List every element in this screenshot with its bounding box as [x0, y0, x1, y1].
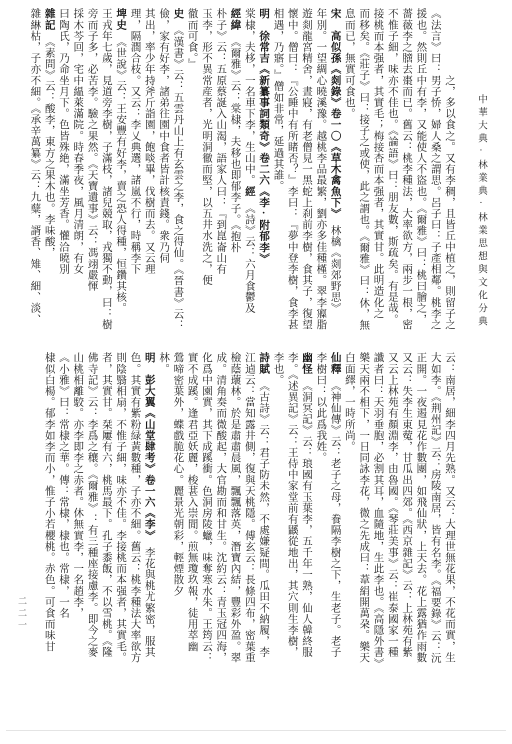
text-column: 李。《述異記》云：王侍中家堂前有鼷從地出，其穴則生李樹，花實俱好，此原精 — [284, 352, 298, 664]
column-text: 李樹曰：以此爲我姓。 — [315, 352, 326, 463]
top-register: 之，多以食之。又有李稠，且皆丘中植之，則留子之詩修矣。此人之所以思之。《法言》曰… — [26, 8, 456, 334]
category-or-title-marker: 明 彭大翼《山堂肆考》卷一六《李》 — [144, 352, 155, 535]
column-text: 息而已，無實可食也。 — [344, 8, 355, 119]
text-column: 棠棣，夫栘，一名車下李，生山中。經 《詩》云：六月食鬱及薁。 — [242, 8, 256, 334]
column-text: 旁而子多，必苦李。驗之果然。《天寶遺事》云：馮翊嚴惲 — [87, 8, 98, 291]
category-or-title-marker: 仙釋 — [330, 352, 341, 374]
text-column: 又云上林苑有顏淵李，由魯國。《琴莊美事》云：崔泰國家一種李，肉厚而無核。 — [385, 352, 399, 664]
column-text: 王戎年七歲，見道旁李樹，子滿枝，諸兒競取，戎獨不動，曰：樹在道 — [99, 8, 112, 330]
text-column: 佛寺記》云：李爲之穰。《爾雅》：有三種座接慮李。即今之麥李，興 — [84, 352, 98, 664]
text-column: 李也。 — [270, 352, 284, 664]
text-column: 檢蔭蘾林。於是肅肅晨風，飄飄落英，潛寶內結，豐彩外盈。翠質未變，形隨運 — [227, 352, 241, 664]
text-column: 理，隔潤合枝。又云：李乂典選，諸嵐不行，時稱李下 — [127, 8, 141, 334]
text-column: 雜記 《素問》云：酸李，東方之果木也。李味酸， — [41, 8, 55, 334]
column-text: 《洞冥記》云：琅國有玉葉李，五千年一熟，仙人韓終服之。一名韓終 — [299, 352, 312, 658]
text-column: 明 彭大翼《山堂肆考》卷一六《李》 李花與桃尤繁密，服其花，令人好 — [141, 352, 155, 664]
text-column: 實不成蹊。逢君亞妖麗，梭葚入崇閒。煎無瓊玖報，徒用萃幽棲。唐太宗云： — [184, 352, 198, 664]
column-text: 云：南居，細李四月先熟。又云：大理世無花果，不花而實，生於枝葉之間，其 — [442, 352, 455, 663]
column-text: 接桃而本强者，其實毛；梅接杏而本强者，其實甘。此明造化之權，有以知巧 — [370, 8, 383, 319]
text-column: 李樹曰：以此爲我姓。 — [313, 352, 327, 664]
column-text: 《小雅》曰：常棣之華。傳：常棣，棣也。常棣，一名 — [58, 352, 69, 618]
text-column: 江逌云：當知露井側，復與天桃隱。傅玄云：長條四布，密葉重陰，夕景迴光 — [242, 352, 256, 664]
category-or-title-marker: 詩賦 — [258, 352, 269, 374]
column-text: 江逌云：當知露井側，復與天桃隱。傅玄云：長條四布，密葉重陰，夕景迴光 — [242, 352, 255, 663]
text-column: 《法言》曰：男子㤭，婦人桑之謂思。呂子曰：子產相鄰。桃李之垂於術者，莫之 — [427, 8, 441, 334]
text-column: 林。 — [156, 352, 170, 664]
text-column: 曰陶氏，乃命坐月下。色皆殊絶，滿坐芳香。懽洽曉別 — [56, 8, 70, 334]
column-text: 鶯啼密葉外，蝶戲脆花心。麗景光朝彩，輕煙散夕 — [172, 352, 183, 596]
text-column: 援也。然則丘中有李，又能使人不盜也。《爾雅》曰：桃曰膾之，夒李曰棄之。 — [413, 8, 427, 334]
category-or-title-marker: 幽怪 — [301, 352, 312, 374]
text-column: 遊剡龍宮精舍，晝寢，有老僧見一黑蛇上刹前李樹，食其子，復望東序而去，入紳 — [299, 8, 313, 334]
text-column: 埤史 《世說》云：王安豐有好李，賣之恐人得種，恒鑽其核。 — [113, 8, 127, 334]
text-column: 相遇，乃寤。』僧如非常，延過其誰。 — [270, 8, 284, 334]
category-or-title-marker: 明 徐常吉《新纂事詞類奇》卷二六《李·附郁李》 — [258, 8, 269, 264]
column-text: 《世說》云：王安豐有好李，賣之恐人得種，恒鑽其核。 — [115, 30, 126, 313]
column-text: 之，多以食之。又有李稠，且皆丘中植之，則留子之詩修矣。此人之所以思之。 — [442, 8, 455, 330]
text-column: 又云：失李生東蒬，甘瓜出四郊。《西京雜記》云：上林苑有紫李、青李、綺李。 — [399, 352, 413, 664]
text-column: 息而已，無實可食也。 — [342, 8, 356, 334]
column-text: 則陰翳相扇，不惟子細，味亦不佳。李接桃而本强者，其實毛。梅接杏而本强 — [113, 352, 126, 663]
column-text: 徹而可食。』 — [187, 8, 198, 69]
column-text: 年別。一望綢心曉溪豫。越桃李品最繁，劉亦多佳種槿。翠李寱脂桃最高。李紳 — [313, 8, 326, 330]
text-column: 朴子》云：五原蔡誕入山渴，語家人曰：『到崑崙山有 — [213, 8, 227, 334]
column-text: 《素問》云：酸李，東方之果木也。李味酸， — [44, 30, 55, 258]
column-text: 朴子》云：五原蔡誕入山渴，語家人曰：『到崑崙山有 — [215, 8, 226, 274]
column-text: 正開。一夜遏見花作數團，如飛仙狀，上天去。花上露猶作雨數千點，花則亡矣。 — [413, 352, 426, 663]
column-text: 林。 — [158, 352, 169, 374]
column-text: 樂天兩不相下，一日同詠李花，微之先成曰：葦絹開萬朶。樂天乃服。蓋葦絹 — [356, 352, 369, 663]
scanned-page: 之，多以食之。又有李稠，且皆丘中植之，則留子之詩修矣。此人之所以思之。《法言》曰… — [0, 0, 512, 744]
text-column: 云：南居，細李四月先熟。又云：大理世無花果，不花而實，生於枝葉之間，其 — [442, 352, 456, 664]
text-column: 宋 高似孫《剡錄》卷一〇《草木禽魚下》 林檎《剡郊野思》詩。故園桃李經 — [327, 8, 341, 334]
column-text: 讖者曰：天羽垂胞，必割其耳，血隨地，生此李也。《高隱外書》云：元微之、白 — [370, 352, 383, 663]
column-text: 採木芩回，宅中緼萊滿院。時春季夜，風月清朗，有女 — [72, 8, 83, 274]
category-or-title-marker: 埤史 — [115, 8, 126, 30]
text-column: 明 徐常吉《新纂事詞類奇》卷二六《李·附郁李》 — [256, 8, 270, 334]
category-or-title-marker: 史 — [172, 8, 183, 19]
column-text: 其出，率少年持斧斤詣園，飽啖畢，伐樹而去。又云理 — [144, 8, 155, 274]
page-number: 二二一 — [16, 596, 29, 632]
text-column: 仙釋 《神仙傳》云：老子之母，飬隔李樹之下，生老子。老子生而能言，指 — [327, 352, 341, 664]
text-column: 色。其實有紫粉緑黃數種，子亦不細。舊云：桃李種法大率欲方兩步一根，密 — [127, 352, 141, 664]
column-text: 《神仙傳》云：老子之母，飬隔李樹之下，生老子。老子生而能言，指 — [327, 352, 340, 658]
column-text: 曰陶氏，乃命坐月下。色皆殊絶，滿坐芳香。懽洽曉別 — [58, 8, 69, 274]
column-text: 儉，家有好李，諸弟往園中食者皆計核責錢。衆乃伺 — [158, 8, 169, 263]
category-or-title-marker: 宋 高似孫《剡錄》卷一〇《草木禽魚下》 — [330, 8, 341, 214]
column-text: 棣似白楊。郁李如李而小，惟子小若櫻桃。赤色。可食而味甘 — [44, 352, 55, 652]
column-text: 化爲中園實，其下成蹊衝。色洞房陵蠟，味奪寒水朱。王筠云：李萃春發彩，結 — [199, 352, 212, 663]
collection-title: 中華大典·林業典·林業思想與文化分典 — [474, 94, 488, 329]
column-text: 不惟子細，味亦不佳也。《論語》曰：朋友數，斯疏矣。有是哉。《化書》曰：李 — [385, 8, 398, 325]
text-column: 年別。一望綢心曉溪豫。越桃李品最繁，劉亦多佳種槿。翠李寱脂桃最高。李紳 — [313, 8, 327, 334]
scan-edge-line — [6, 730, 506, 731]
column-text: 又云上林苑有顏淵李，由魯國。《琴莊美事》云：崔泰國家一種李，肉厚而無核。 — [385, 352, 398, 658]
text-column: 懷中。僧曰：『公睡中有所睹否？』李曰：『夢中登李樹，食李甚美。似有一僧 — [284, 8, 298, 334]
text-column: 而移矣。《莊子》曰：接子之或使，此之謂也。《爾雅》曰：休，無實李。言可休 — [356, 8, 370, 334]
column-text: 山桃相離駮。亦李即李之赤者。休無實李，一名趙李， — [72, 352, 83, 618]
text-column: 正開。一夜遏見花作數團，如飛仙狀，上天去。花上露猶作雨數千點，花則亡矣。 — [413, 352, 427, 664]
column-text: 棠棣，夫栘，一名車下李，生山中。 — [244, 8, 255, 186]
column-text: 李。《述異記》云：王侍中家堂前有鼷從地出，其穴則生李樹，花實俱好，此原精 — [284, 352, 297, 658]
text-column: 之，多以食之。又有李稠，且皆丘中植之，則留子之詩修矣。此人之所以思之。 — [442, 8, 456, 334]
category-or-title-marker: 經緯 — [230, 8, 241, 30]
column-text: 者，其實甘。栞屢有六，桃馬最下。孔子黍飯，不以雪桃。《隆興 — [99, 352, 112, 658]
column-text: 而移矣。《莊子》曰：接子之或使，此之謂也。《爾雅》曰：休，無實李。言可休 — [356, 8, 369, 331]
text-column: 儉，家有好李，諸弟往園中食者皆計核責錢。衆乃伺 — [156, 8, 170, 334]
text-column: 其出，率少年持斧斤詣園，飽啖畢，伐樹而去。又云理 — [141, 8, 155, 334]
text-column: 雜綝枯，子亦不細。《承辛萬纂》云：九糵，諝香、雉、細、淡、潔，宜月夜，宜緑陰。 — [27, 8, 41, 334]
text-column: 化爲中園實，其下成蹊衝。色洞房陵蠟，味奪寒水朱。王筠云：李萃春發彩，結 — [199, 352, 213, 664]
text-column: 採木芩回，宅中緼萊滿院。時春季夜，風月清朗，有女 — [70, 8, 84, 334]
text-column: 大如李。《荆州記》云：房陵南居，皆有名李。《福要錄》云：沅陵伍貫卿家李花 — [427, 352, 441, 664]
column-text: 懷中。僧曰：『公睡中有所睹否？』李曰：『夢中登李樹，食李甚美。似有一僧 — [284, 8, 297, 330]
column-text: 成。清角奏而微酸起，大官勘而和甘生。沈約云：青玉冠四海，碧膚彌外區。 — [213, 352, 226, 663]
column-text: 佛寺記》云：李爲之穰。《爾雅》：有三種座接慮李。即今之麥李，興 — [84, 352, 97, 658]
text-column: 山桃相離駮。亦李即李之赤者。休無實李，一名趙李， — [70, 352, 84, 664]
column-text: 理，隔潤合枝。又云：李乂典選，諸嵐不行，時稱李下 — [129, 8, 140, 274]
category-or-title-marker: 經 — [244, 186, 255, 197]
text-column: 接桃而本强者，其實毛；梅接杏而本强者，其實甘。此明造化之權，有以知巧 — [370, 8, 384, 334]
column-text: 《漢書》云：五雲丹山上有玄雲之李，食之得仙。《晉書》云：和嶠性 — [170, 8, 183, 331]
text-column: 鶯啼密葉外，蝶戲脆花心。麗景光朝彩，輕煙散夕 — [170, 352, 184, 664]
column-text: 相遇，乃寤。』僧如非常，延過其誰。 — [272, 8, 283, 191]
column-text: 實不成蹊。逢君亞妖麗，梭葚入崇閒。煎無瓊玖報，徒用萃幽棲。唐太宗云： — [184, 352, 197, 652]
column-text: 《古詩》云：君子防未然，不處嫌疑間。瓜田不納履，李下不整冠。 — [256, 352, 269, 658]
category-or-title-marker: 雜記 — [44, 8, 55, 30]
text-column: 《小雅》曰：常棣之華。傳：常棣，棣也。常棣，一名 — [56, 352, 70, 664]
text-column: 白面繹，一時所尚。 — [342, 352, 356, 664]
text-column: 幽怪 《洞冥記》云：琅國有玉葉李，五千年一熟，仙人韓終服之。一名韓終 — [299, 352, 313, 664]
text-column: 者，其實甘。栞屢有六，桃馬最下。孔子黍飯，不以雪桃。《隆興 — [99, 352, 113, 664]
text-column: 詩賦 《古詩》云：君子防未然，不處嫌疑間。瓜田不納履，李下不整冠。 — [256, 352, 270, 664]
text-column: 則陰翳相扇，不惟子細，味亦不佳。李接桃而本强者，其實毛。梅接杏而本强 — [113, 352, 127, 664]
text-column: 經緯 《爾雅》云：棠棣，夫移也即郁李子。《抱朴 — [227, 8, 241, 334]
text-column: 讖者曰：天羽垂胞，必割其耳，血隨地，生此李也。《高隱外書》云：元微之、白 — [370, 352, 384, 664]
column-text: 色。其實有紫粉緑黃數種，子亦不細。舊云：桃李種法大率欲方兩步一根，密 — [127, 352, 140, 663]
column-text: 大如李。《荆州記》云：房陵南居，皆有名李。《福要錄》云：沅陵伍貫卿家李花 — [427, 352, 440, 663]
text-column: 薔薇李之膪去棗而已。舊云：桃李種法，大率欲方，兩步一根，密則陰翳相扇。 — [399, 8, 413, 334]
text-column: 史 《漢書》云：五雲丹山上有玄雲之李，食之得仙。《晉書》云：和嶠性 — [170, 8, 184, 334]
column-text: 白面繹，一時所尚。 — [344, 352, 355, 452]
column-text: 遊剡龍宮精舍，晝寢，有老僧見一黑蛇上刹前李樹，食其子，復望東序而去，入紳 — [299, 8, 312, 330]
text-column: 不惟子細，味亦不佳也。《論語》曰：朋友數，斯疏矣。有是哉。《化書》曰：李 — [385, 8, 399, 334]
column-text: 薔薇李之膪去棗而已。舊云：桃李種法，大率欲方，兩步一根，密則陰翳相扇。 — [399, 8, 412, 330]
bottom-register: 云：南居，細李四月先熟。又云：大理世無花果，不花而實，生於枝葉之間，其大如李。《… — [26, 352, 456, 664]
column-text: 又云：失李生東蒬，甘瓜出四郊。《西京雜記》云：上林苑有紫李、青李、綺李。 — [399, 352, 412, 658]
column-text: 檢蔭蘾林。於是肅肅晨風，飄飄落英，潛寶內結，豐彩外盈。翠質未變，形隨運 — [227, 352, 240, 663]
text-column: 成。清角奏而微酸起，大官勘而和甘生。沈約云：青玉冠四海，碧膚彌外區。 — [213, 352, 227, 664]
text-column: 棣似白楊。郁李如李而小，惟子小若櫻桃。赤色。可食而味甘 — [41, 352, 55, 664]
text-column: 徹而可食。』 — [184, 8, 198, 334]
text-column: 樂天兩不相下，一日同詠李花，微之先成曰：葦絹開萬朶。樂天乃服。蓋葦絹 — [356, 352, 370, 664]
column-text: 援也。然則丘中有李，又能使人不盜也。《爾雅》曰：桃曰膾之，夒李曰棄之。 — [413, 8, 426, 325]
column-text: 玉李，形不異常産者，光明洞徹而堅，以五井水洗之，便 — [201, 8, 212, 286]
column-text: 《爾雅》云：棠棣，夫移也即郁李子。《抱朴 — [230, 30, 241, 253]
column-text: 《法言》曰：男子㤭，婦人桑之謂思。呂子曰：子產相鄰。桃李之垂於術者，莫之 — [427, 8, 440, 330]
text-column: 王戎年七歲，見道旁李樹，子滿枝，諸兒競取，戎獨不動，曰：樹在道 — [99, 8, 113, 334]
column-text: 雜綝枯，子亦不細。《承辛萬纂》云：九糵，諝香、雉、細、淡、潔，宜月夜，宜緑陰。 — [27, 8, 40, 325]
column-text: 李也。 — [272, 352, 283, 385]
text-column: 旁而子多，必苦李。驗之果然。《天寶遺事》云：馮翊嚴惲 — [84, 8, 98, 334]
text-column: 玉李，形不異常産者，光明洞徹而堅，以五井水洗之，便 — [199, 8, 213, 334]
